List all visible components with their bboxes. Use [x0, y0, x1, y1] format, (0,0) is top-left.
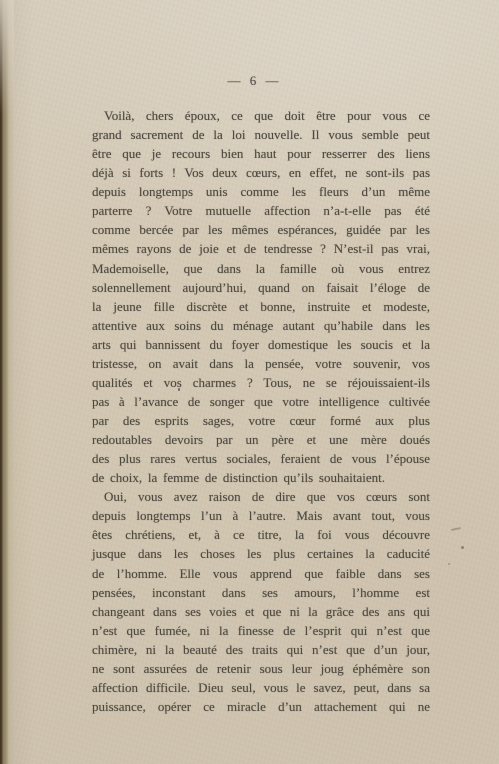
text-line: n’est que fumée, ni la finesse de l’espr… — [92, 621, 430, 640]
text-line: tristesse, on avait dans la pensée, votr… — [92, 354, 430, 373]
text-line: Oui, vous avez raison de dire que vos cœ… — [92, 487, 430, 506]
text-line: la jeune fille discrète et bonne, instru… — [92, 297, 430, 316]
paper-speck-dot — [461, 546, 464, 549]
text-line: des plus rares vertus sociales, feraient… — [92, 449, 430, 468]
book-page-scan: — 6 — Voilà, chers époux, ce que doit êt… — [0, 0, 499, 764]
text-line: puissance, opérer ce miracle d’un attach… — [92, 697, 430, 716]
text-line: solennellement aujourd’hui, quand on fai… — [92, 278, 430, 297]
text-line: jusque dans les choses les plus certaine… — [92, 544, 430, 563]
text-line: déjà si forts ! Vos deux cœurs, en effet… — [92, 163, 430, 182]
text-block: Voilà, chers époux, ce que doit être pou… — [92, 106, 430, 716]
text-line: de choix, la femme de distinction qu’ils… — [92, 468, 430, 487]
text-line: ne sont assurées de retenir sous leur jo… — [92, 659, 430, 678]
text-line: grand sacrement de la loi nouvelle. Il v… — [92, 125, 430, 144]
text-line: redoutables devoirs par un père et une m… — [92, 430, 430, 449]
text-line: arts qui bannissent du foyer domestique … — [92, 335, 430, 354]
text-line: depuis longtemps l’un à l’autre. Mais av… — [92, 506, 430, 525]
text-line: parterre ? Votre mutuelle affection n’a-… — [92, 201, 430, 220]
text-line: Mademoiselle, que dans la famille où vou… — [92, 259, 430, 278]
text-line: êtes chrétiens, et, à ce titre, la foi v… — [92, 525, 430, 544]
paragraph-2: Oui, vous avez raison de dire que vos cœ… — [92, 487, 430, 716]
page-number-header: — 6 — — [84, 73, 422, 89]
paper-speck-dash — [451, 527, 461, 531]
text-line: qualités et vos charmes ? Tous, ne se ré… — [92, 373, 430, 392]
text-line: par des esprits sages, votre cœur formé … — [92, 411, 430, 430]
paragraph-1: Voilà, chers époux, ce que doit être pou… — [92, 106, 430, 487]
text-line: changeant dans ses voies et que ni la gr… — [92, 602, 430, 621]
text-line: attentive aux soins du ménage autant qu’… — [92, 316, 430, 335]
text-line: chimère, ni la beauté des traits qui n’e… — [92, 640, 430, 659]
paper-speck-dot — [448, 563, 450, 565]
text-line: mêmes rayons de joie et de tendresse ? N… — [92, 239, 430, 258]
text-line: Voilà, chers époux, ce que doit être pou… — [92, 106, 430, 125]
text-line: être que je recours bien haut pour resse… — [92, 144, 430, 163]
page-binding-edge — [0, 0, 14, 764]
text-line: pas à l’avance de songer que votre intel… — [92, 392, 430, 411]
text-line: depuis longtemps unis comme les fleurs d… — [92, 182, 430, 201]
text-line: pensées, inconstant dans ses amours, l’h… — [92, 583, 430, 602]
text-line: de l’homme. Elle vous apprend que faible… — [92, 564, 430, 583]
text-line: comme bercée par les mêmes espérances, g… — [92, 220, 430, 239]
text-line: affection difficile. Dieu seul, vous le … — [92, 678, 430, 697]
